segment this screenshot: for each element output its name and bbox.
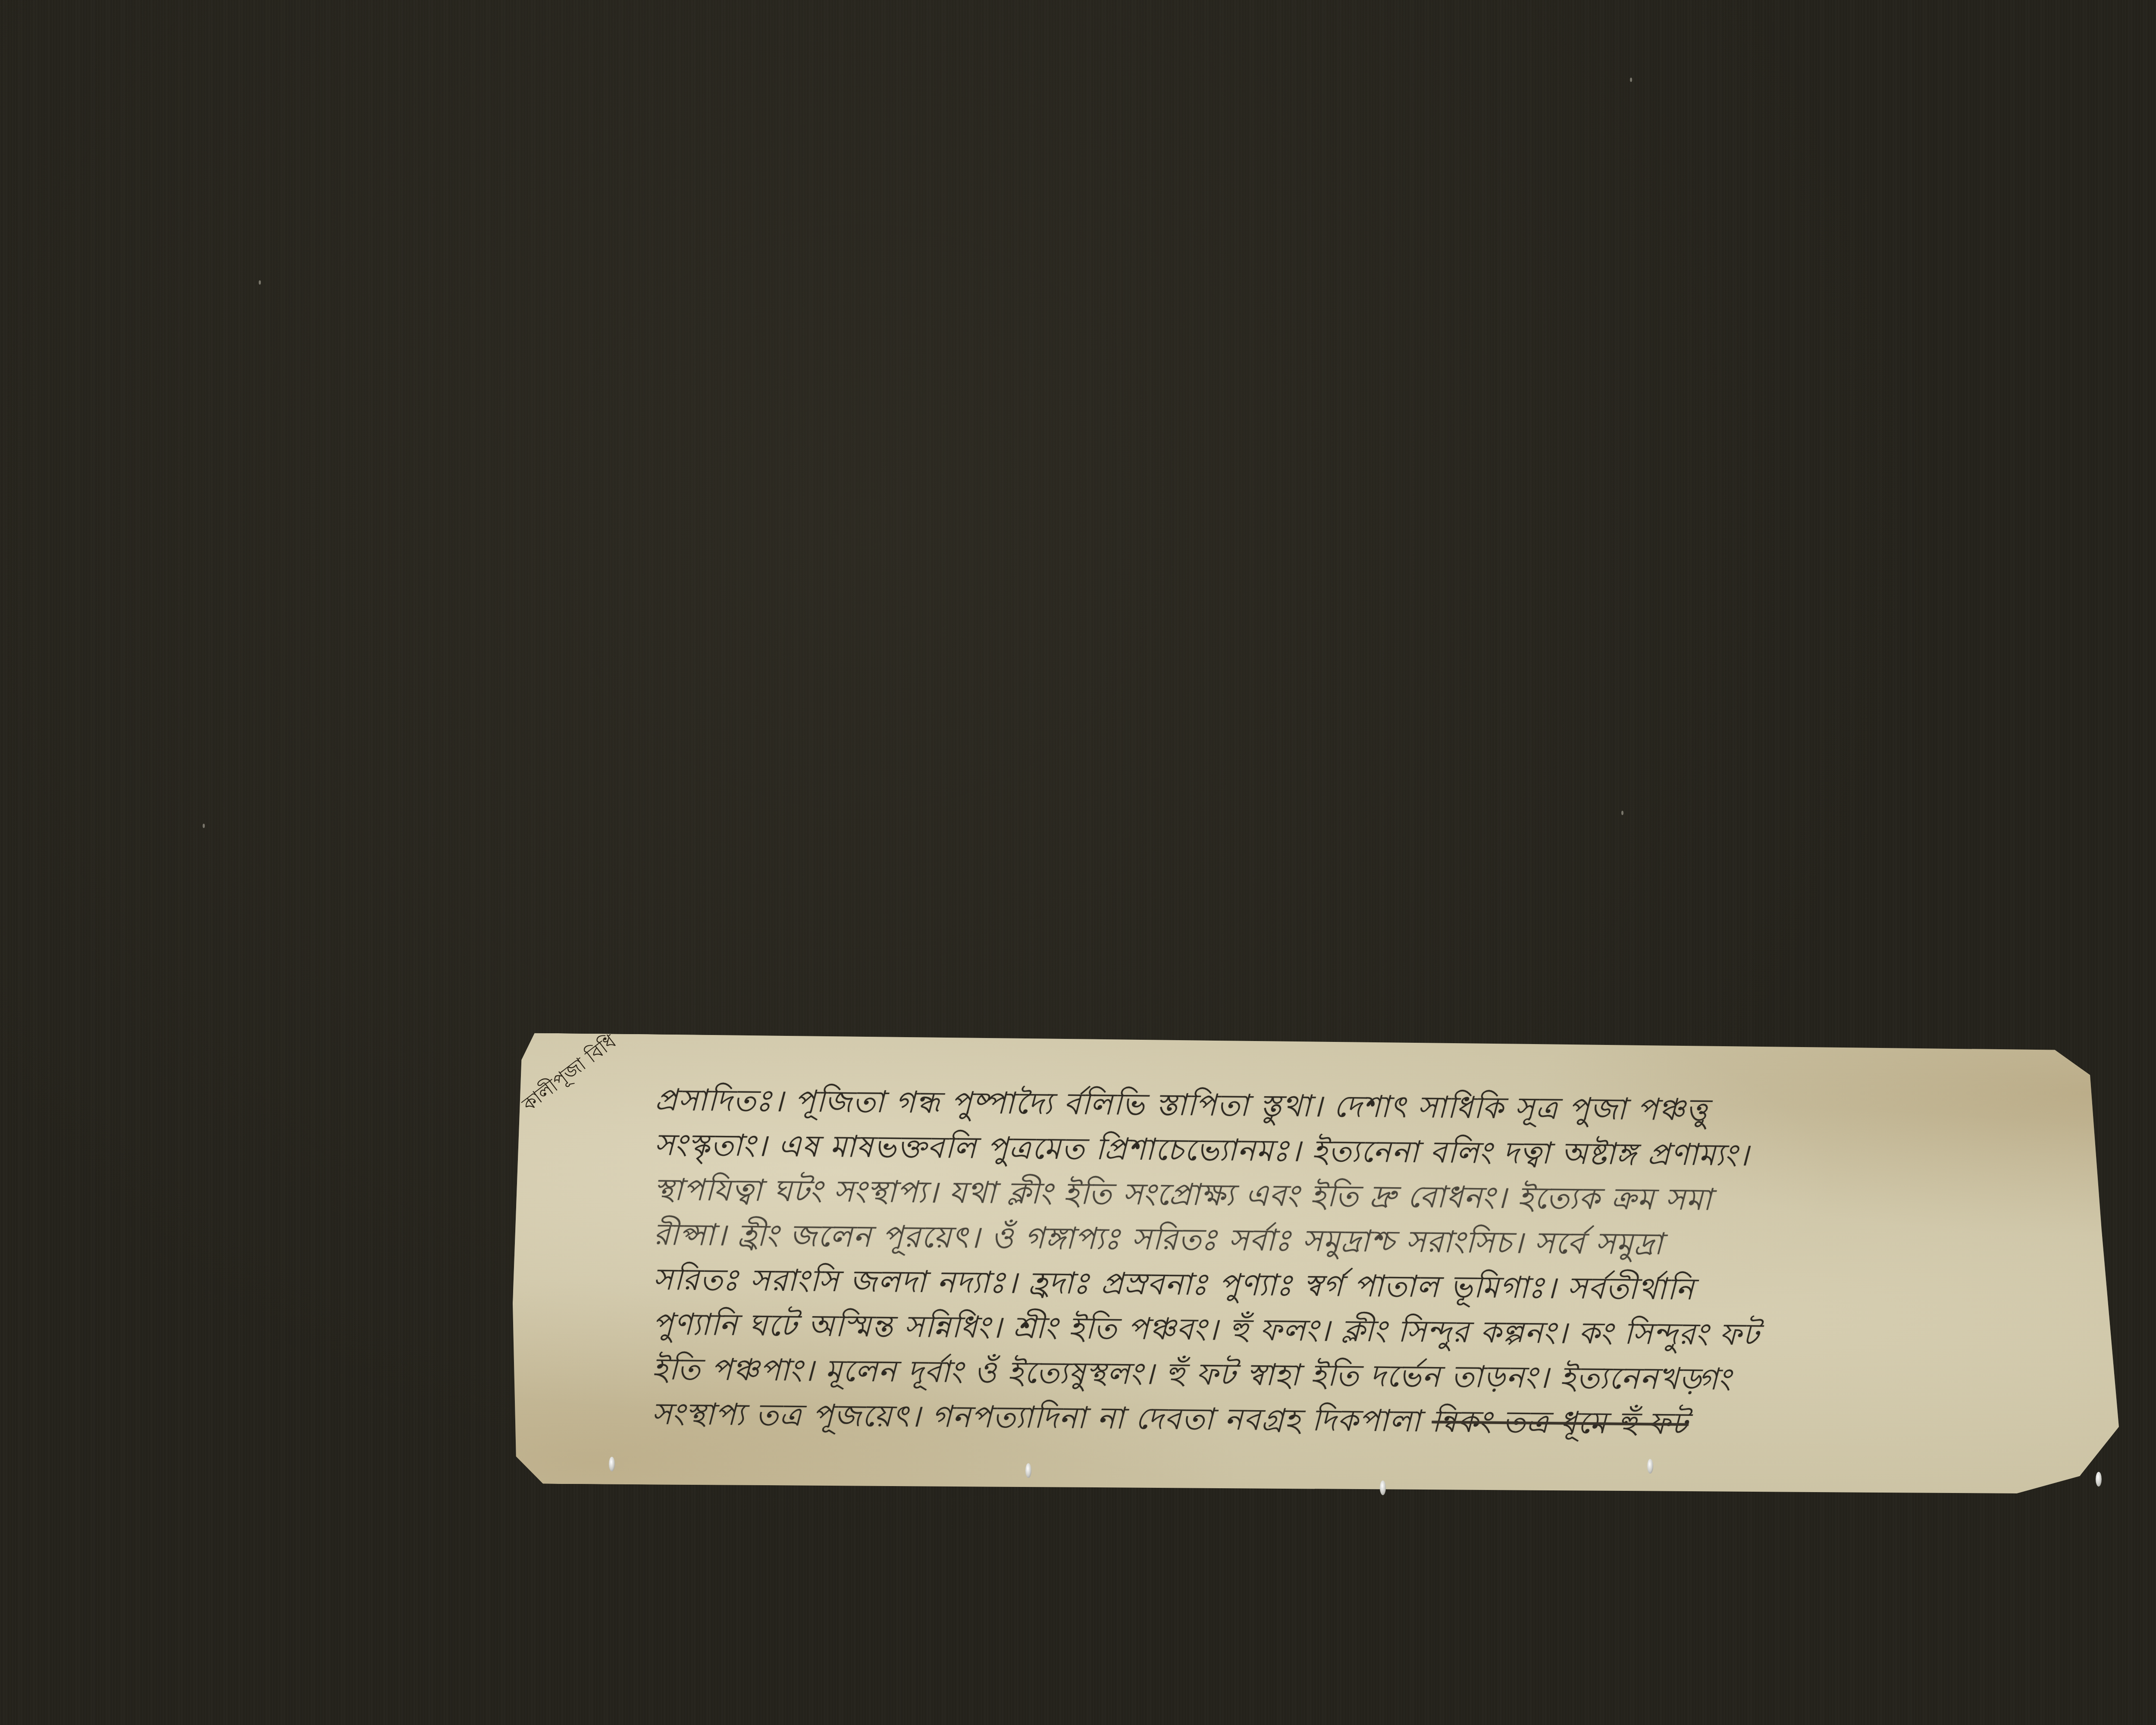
dust-speck (259, 280, 261, 285)
manuscript-text-block: প্রসাদিতঃ। পূজিতা গন্ধ পুষ্পাদ্যৈ র্বলিভ… (652, 1077, 2078, 1450)
mounting-pin (2096, 1472, 2102, 1487)
dust-speck (1621, 811, 1623, 815)
dust-speck (1630, 78, 1632, 82)
manuscript-leaf: কালীপূজা বিধি প্রসাদিতঃ। পূজিতা গন্ধ পুষ… (511, 1033, 2126, 1499)
mounting-pin (1647, 1459, 1653, 1474)
margin-note: কালীপূজা বিধি (518, 1031, 639, 1140)
struck-through-text: ন্বিকং তত্র ধূমে হুঁ ফট (1432, 1403, 1689, 1441)
mounting-pin (609, 1457, 615, 1471)
manuscript-line-8-text: সংস্থাপ্য তত্র পূজয়েৎ। গনপত্যাদিনা না দ… (652, 1396, 1421, 1439)
mounting-pin (1380, 1480, 1386, 1495)
dust-speck (203, 824, 205, 828)
mounting-pin (1025, 1463, 1031, 1478)
